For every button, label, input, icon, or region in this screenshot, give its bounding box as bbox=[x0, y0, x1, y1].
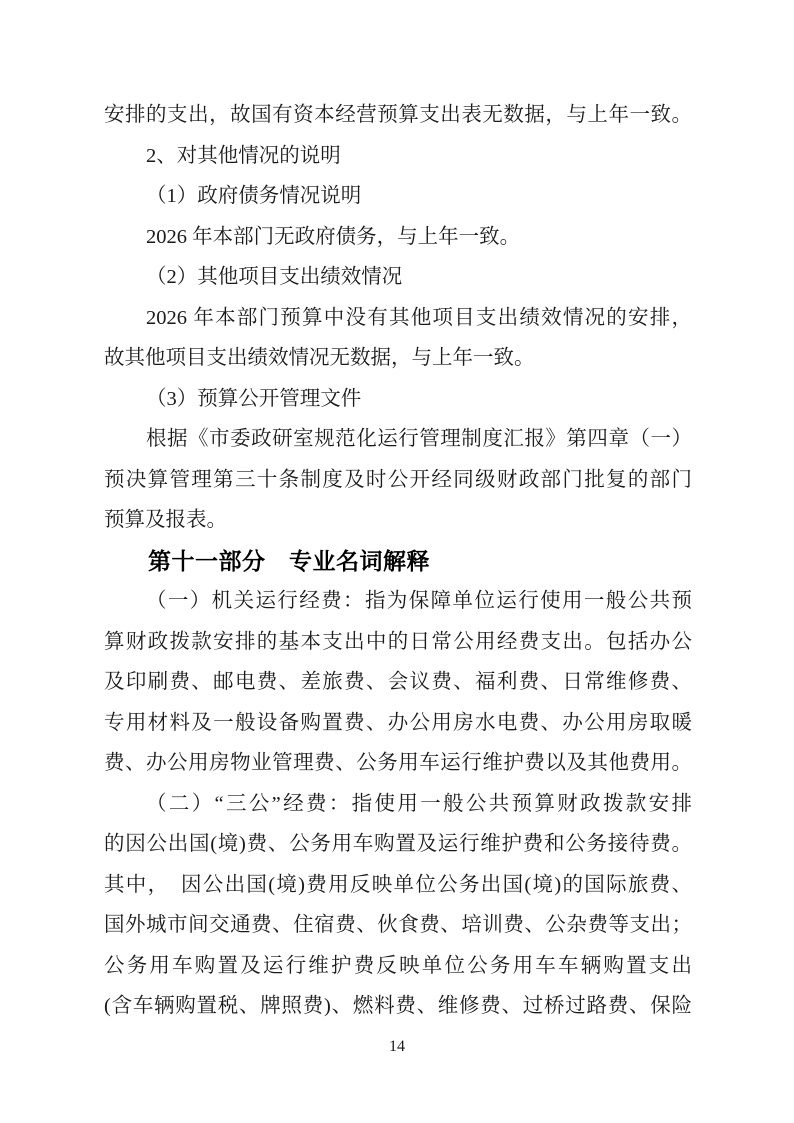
text-line: 的因公出国(境)费、公务用车购置及运行维护费和公务接待费。 bbox=[104, 824, 692, 865]
text-line: 安排的支出，故国有资本经营预算支出表无数据，与上年一致。 bbox=[104, 95, 692, 136]
text-line: 专用材料及一般设备购置费、办公用房水电费、办公用房取暖 bbox=[104, 703, 692, 744]
page-content: 安排的支出，故国有资本经营预算支出表无数据，与上年一致。 2、对其他情况的说明 … bbox=[104, 95, 692, 1027]
section-heading: 第十一部分 专业名词解释 bbox=[104, 541, 692, 582]
text-line: 预决算管理第三十条制度及时公开经同级财政部门批复的部门 bbox=[104, 460, 692, 501]
text-line: 公务用车购置及运行维护费反映单位公务用车车辆购置支出 bbox=[104, 946, 692, 987]
text-line: 算财政拨款安排的基本支出中的日常公用经费支出。包括办公 bbox=[104, 622, 692, 663]
text-line: 费、办公用房物业管理费、公务用车运行维护费以及其他费用。 bbox=[104, 743, 692, 784]
text-line: 根据《市委政研室规范化运行管理制度汇报》第四章（一） bbox=[104, 419, 692, 460]
text-line: 预算及报表。 bbox=[104, 500, 692, 541]
text-line: （2）其他项目支出绩效情况 bbox=[104, 257, 692, 298]
text-line: (含车辆购置税、牌照费)、燃料费、维修费、过桥过路费、保险 bbox=[104, 986, 692, 1027]
text-line: （1）政府债务情况说明 bbox=[104, 176, 692, 217]
document-page: 安排的支出，故国有资本经营预算支出表无数据，与上年一致。 2、对其他情况的说明 … bbox=[0, 0, 794, 1123]
text-line: 及印刷费、邮电费、差旅费、会议费、福利费、日常维修费、 bbox=[104, 662, 692, 703]
text-line: 国外城市间交通费、住宿费、伙食费、培训费、公杂费等支出； bbox=[104, 905, 692, 946]
text-line: （一）机关运行经费：指为保障单位运行使用一般公共预 bbox=[104, 581, 692, 622]
text-line: （二）“三公”经费：指使用一般公共预算财政拨款安排 bbox=[104, 784, 692, 825]
text-line: 2、对其他情况的说明 bbox=[104, 136, 692, 177]
text-line: 故其他项目支出绩效情况无数据，与上年一致。 bbox=[104, 338, 692, 379]
text-line: 其中， 因公出国(境)费用反映单位公务出国(境)的国际旅费、 bbox=[104, 865, 692, 906]
text-line: （3）预算公开管理文件 bbox=[104, 379, 692, 420]
text-line: 2026 年本部门无政府债务，与上年一致。 bbox=[104, 217, 692, 258]
text-line: 2026 年本部门预算中没有其他项目支出绩效情况的安排， bbox=[104, 298, 692, 339]
page-number: 14 bbox=[0, 1036, 794, 1058]
